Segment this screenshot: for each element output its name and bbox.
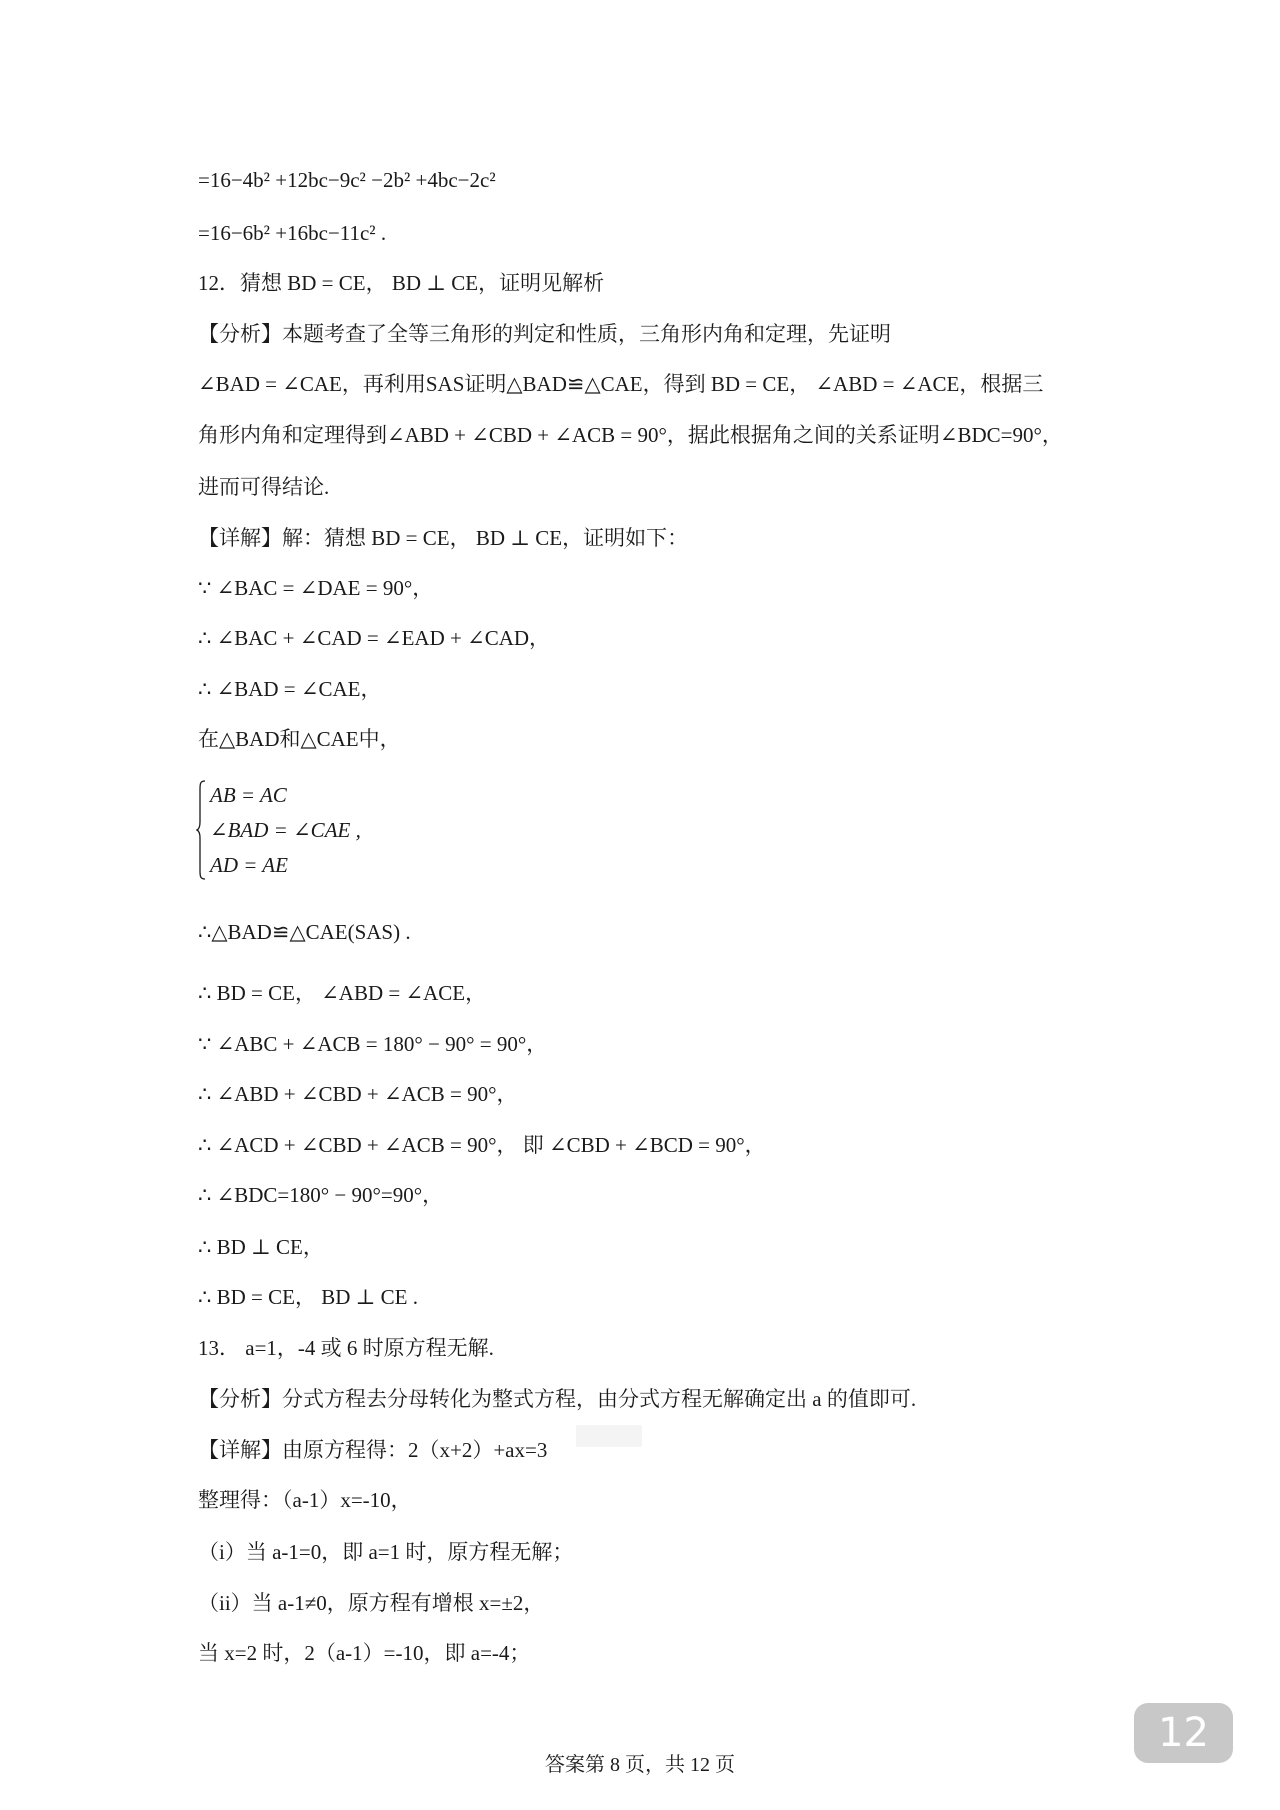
proof-step: ∵ ∠BAC = ∠DAE = 90°， [198,575,433,601]
equation-line: =16−4b² +12bc−9c² −2b² +4bc−2c² [198,167,496,193]
system-equation: AB = AC [210,782,287,808]
proof-step: ∴ BD ⊥ CE， [198,1234,324,1260]
proof-step: ∴ BD = CE， ∠ABD = ∠ACE， [198,980,486,1006]
proof-step: ∴ ∠ABD + ∠CBD + ∠ACB = 90°， [198,1081,518,1107]
proof-step: ∴ ∠BAD = ∠CAE， [198,676,381,702]
equation-system: AB = AC ∠BAD = ∠CAE , AD = AE [196,780,596,884]
solution-step: （ii）当 a-1≠0，原方程有增根 x=±2， [198,1590,544,1616]
proof-step: ∵ ∠ABC + ∠ACB = 180° − 90° = 90°， [198,1031,547,1057]
proof-step: ∴ ∠BDC=180° − 90°=90°， [198,1182,443,1208]
solution-step: （i）当 a-1=0，即 a=1 时，原方程无解； [198,1539,573,1565]
equation-line: =16−6b² +16bc−11c² . [198,220,386,246]
proof-conclusion: ∴ BD = CE， BD ⊥ CE . [198,1284,418,1310]
faded-region [576,1425,642,1447]
page-footer: 答案第 8 页，共 12 页 [0,1752,1280,1778]
proof-step: ∴△BAD≌△CAE(SAS) . [198,919,411,945]
left-brace-icon [196,780,206,880]
system-equation: AD = AE [210,852,288,878]
analysis-paragraph: ∠BAD = ∠CAE，再利用SAS证明△BAD≌△CAE，得到 BD = CE… [198,371,1043,397]
analysis-paragraph: 【分析】本题考查了全等三角形的判定和性质，三角形内角和定理，先证明 [198,321,891,347]
solution-step: 当 x=2 时，2（a-1）=-10，即 a=-4； [198,1640,530,1666]
detail-heading: 【详解】由原方程得：2（x+2）+ax=3 [198,1437,547,1463]
analysis-paragraph: 【分析】分式方程去分母转化为整式方程，由分式方程无解确定出 a 的值即可. [198,1386,916,1412]
page-number-badge[interactable]: 12 [1134,1703,1233,1763]
answer-heading-12: 12．猜想 BD = CE， BD ⊥ CE，证明见解析 [198,270,604,296]
proof-step: ∴ ∠BAC + ∠CAD = ∠EAD + ∠CAD， [198,625,550,651]
analysis-paragraph: 进而可得结论. [198,474,329,500]
analysis-paragraph: 角形内角和定理得到∠ABD + ∠CBD + ∠ACB = 90°，据此根据角之… [198,422,1063,448]
detail-heading: 【详解】解：猜想 BD = CE， BD ⊥ CE，证明如下： [198,525,688,551]
proof-step: 在△BAD和△CAE中， [198,726,401,752]
solution-step: 整理得：（a-1）x=-10， [198,1487,412,1513]
answer-heading-13: 13． a=1，-4 或 6 时原方程无解. [198,1335,494,1361]
proof-step: ∴ ∠ACD + ∠CBD + ∠ACB = 90°， 即 ∠CBD + ∠BC… [198,1132,766,1158]
system-equation: ∠BAD = ∠CAE , [210,817,361,843]
